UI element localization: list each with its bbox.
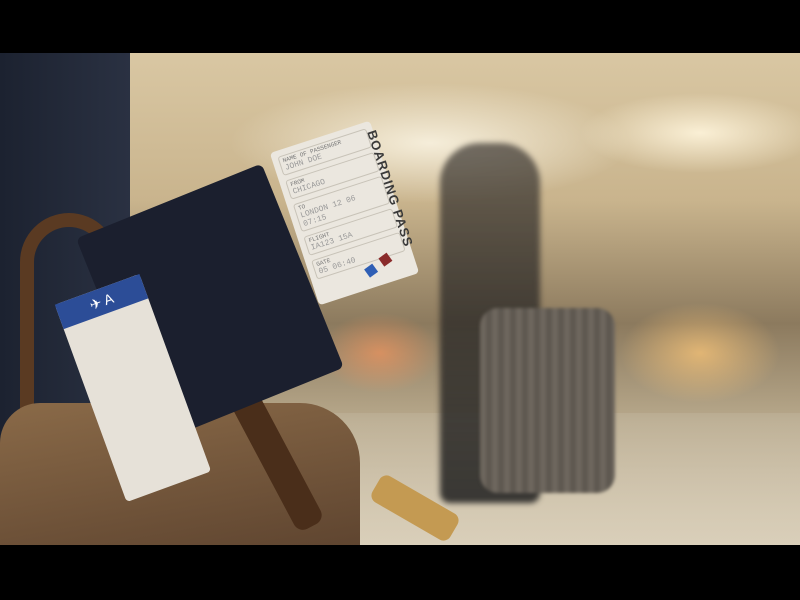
airport-photo: ✈ A BOARDING PASS NAME OF PASSENGER JOHN…: [0, 53, 800, 545]
blue-square-mark: [364, 264, 378, 278]
rolling-suitcase: [480, 308, 615, 493]
